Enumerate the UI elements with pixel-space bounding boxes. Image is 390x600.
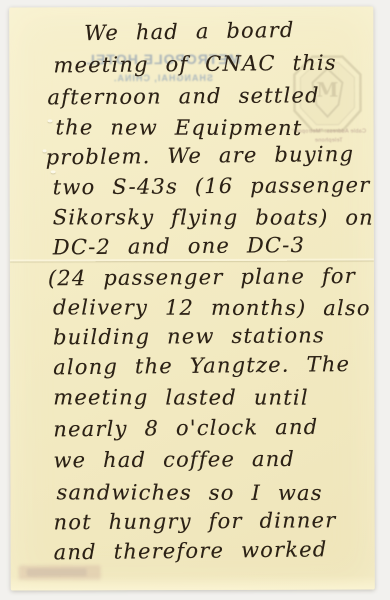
handwriting-line: along the Yangtze. The xyxy=(53,352,350,379)
handwriting-line: sandwiches so I was xyxy=(56,480,322,505)
handwriting-line: afternoon and settled xyxy=(47,83,319,109)
scanner-background: METROPOLE HOTEL SHANGHAI, CHINA. M Cable… xyxy=(0,0,390,600)
handwriting-line: (24 passenger plane for xyxy=(48,264,356,290)
handwriting-line: and therefore worked xyxy=(54,537,328,564)
handwriting-line: Sikorsky flying boats) one xyxy=(53,205,375,229)
bottom-showthrough-smudge xyxy=(27,568,87,576)
handwriting-line: DC-2 and one DC-3 xyxy=(53,233,305,259)
letter-page: METROPOLE HOTEL SHANGHAI, CHINA. M Cable… xyxy=(9,7,375,591)
handwriting-line: delivery 12 months) also xyxy=(53,295,371,320)
handwriting-line: problem. We are buying xyxy=(45,142,354,169)
handwriting-line: meeting lasted until xyxy=(53,385,309,409)
handwriting-line: nearly 8 o'clock and xyxy=(53,415,318,442)
paper-dent xyxy=(51,170,56,173)
paper-bottom-highlight xyxy=(11,576,375,591)
handwriting-line: building new stations xyxy=(53,323,325,349)
handwriting-line: the new Equipment xyxy=(56,115,303,140)
handwriting-line: meeting of CNAC this xyxy=(53,51,337,78)
handwriting-line: two S-43s (16 passenger xyxy=(53,173,371,199)
handwriting-line: We had a board xyxy=(84,18,295,45)
handwriting-line: not hungry for dinner xyxy=(53,508,336,534)
handwriting-line: we had coffee and xyxy=(53,447,295,472)
paper-dent xyxy=(48,119,53,122)
